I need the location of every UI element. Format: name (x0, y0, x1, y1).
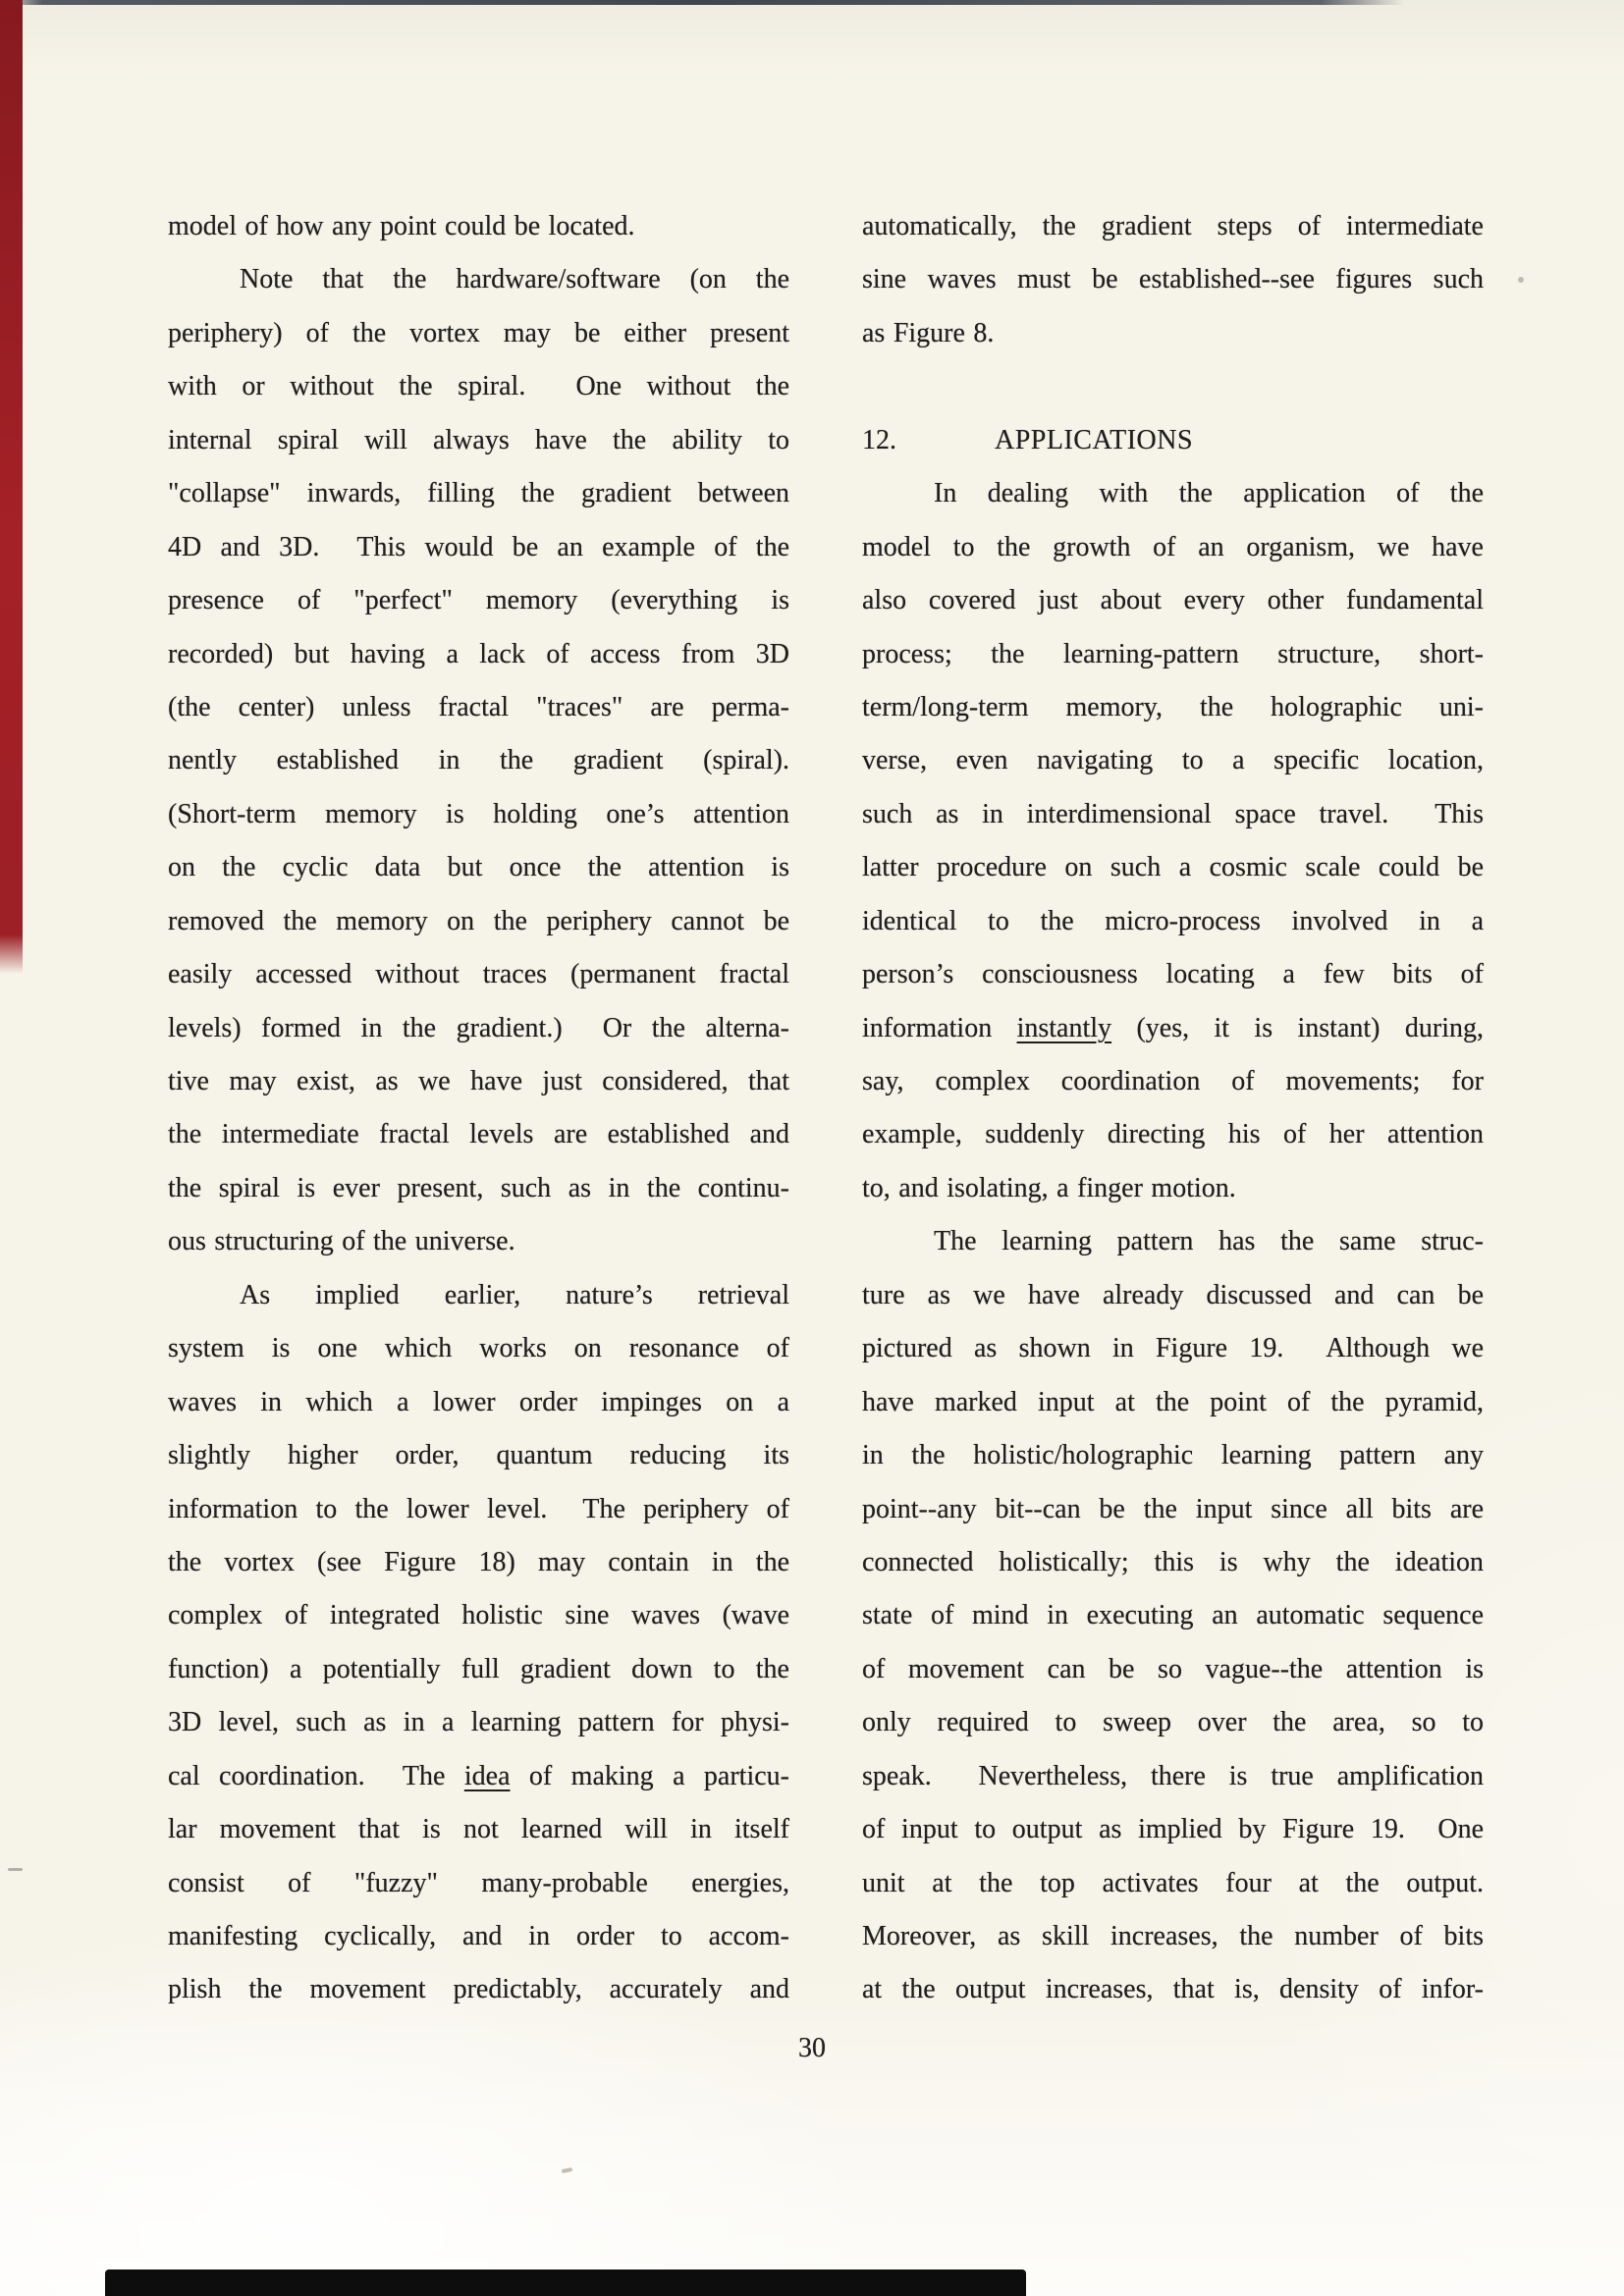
text-line: the intermediate fractal levels are esta… (168, 1108, 789, 1161)
text-line: (the center) unless fractal "traces" are… (168, 681, 789, 734)
text-line: connected holistically; this is why the … (862, 1536, 1484, 1589)
text-line: removed the memory on the periphery cann… (168, 895, 789, 948)
scan-speck (1518, 277, 1524, 283)
text-line: also covered just about every other fund… (862, 574, 1484, 627)
text-line: only required to sweep over the area, so… (862, 1696, 1484, 1749)
text-line: ous structuring of the universe. (168, 1215, 789, 1268)
text-line: "collapse" inwards, filling the gradient… (168, 467, 789, 520)
scanner-edge-top-line (0, 0, 1404, 5)
text-line: waves in which a lower order impinges on… (168, 1376, 789, 1429)
text-line: 3D level, such as in a learning pattern … (168, 1696, 789, 1749)
text-line: lar movement that is not learned will in… (168, 1803, 789, 1856)
text-line: on the cyclic data but once the attentio… (168, 841, 789, 894)
text-line: easily accessed without traces (permanen… (168, 948, 789, 1001)
text-line: function) a potentially full gradient do… (168, 1643, 789, 1696)
text-line: the vortex (see Figure 18) may contain i… (168, 1536, 789, 1589)
section-number: 12. (862, 414, 896, 467)
text-line: slightly higher order, quantum reducing … (168, 1429, 789, 1482)
scan-speck (8, 1868, 23, 1871)
text-line: levels) formed in the gradient.) Or the … (168, 1002, 789, 1055)
right-column: automatically, the gradient steps of int… (862, 200, 1484, 2017)
text-line: internal spiral will always have the abi… (168, 414, 789, 467)
text-line: presence of "perfect" memory (everything… (168, 574, 789, 627)
left-column: model of how any point could be located.… (168, 200, 789, 2017)
text-line: tive may exist, as we have just consider… (168, 1055, 789, 1108)
text-line: in the holistic/holographic learning pat… (862, 1429, 1484, 1482)
page-number: 30 (0, 2022, 1624, 2075)
text-line: say, complex coordination of movements; … (862, 1055, 1484, 1108)
scan-speck (562, 2167, 573, 2173)
text-line: consist of "fuzzy" many-probable energie… (168, 1857, 789, 1910)
blank-line (862, 360, 1484, 413)
text-line: sine waves must be established--see figu… (862, 253, 1484, 306)
section-heading: 12.APPLICATIONS (862, 414, 1484, 467)
text-line: ture as we have already discussed and ca… (862, 1269, 1484, 1322)
text-line: nently established in the gradient (spir… (168, 734, 789, 787)
text-line: Note that the hardware/software (on the (168, 253, 789, 306)
text-line: as Figure 8. (862, 307, 1484, 360)
text-line: latter procedure on such a cosmic scale … (862, 841, 1484, 894)
text-line: automatically, the gradient steps of int… (862, 200, 1484, 253)
text-line: model of how any point could be located. (168, 200, 789, 253)
underlined-word: instantly (1017, 1013, 1111, 1043)
scanned-page: model of how any point could be located.… (0, 0, 1624, 2296)
text-line: with or without the spiral. One without … (168, 360, 789, 413)
text-line: of input to output as implied by Figure … (862, 1803, 1484, 1856)
text-line: have marked input at the point of the py… (862, 1376, 1484, 1429)
text-line: system is one which works on resonance o… (168, 1322, 789, 1375)
text-line: term/long-term memory, the holographic u… (862, 681, 1484, 734)
text-line: speak. Nevertheless, there is true ampli… (862, 1750, 1484, 1803)
scanner-edge-left-red-bar (0, 0, 23, 974)
text-line: model to the growth of an organism, we h… (862, 521, 1484, 574)
text-line: verse, even navigating to a specific loc… (862, 734, 1484, 787)
scanner-edge-bottom-black-bar (105, 2269, 1026, 2296)
text-line: such as in interdimensional space travel… (862, 788, 1484, 841)
text-line: complex of integrated holistic sine wave… (168, 1589, 789, 1642)
text-line: manifesting cyclically, and in order to … (168, 1910, 789, 1963)
text-line: the spiral is ever present, such as in t… (168, 1162, 789, 1215)
text-line: information to the lower level. The peri… (168, 1483, 789, 1536)
text-line: Moreover, as skill increases, the number… (862, 1910, 1484, 1963)
text-line: identical to the micro-process involved … (862, 895, 1484, 948)
text-line: information instantly (yes, it is instan… (862, 1002, 1484, 1055)
text-line: state of mind in executing an automatic … (862, 1589, 1484, 1642)
text-line: point--any bit--can be the input since a… (862, 1483, 1484, 1536)
text-line: at the output increases, that is, densit… (862, 1963, 1484, 2016)
underlined-word: idea (464, 1761, 511, 1791)
text-line: to, and isolating, a finger motion. (862, 1162, 1484, 1215)
text-line: In dealing with the application of the (862, 467, 1484, 520)
text-line: process; the learning-pattern structure,… (862, 628, 1484, 681)
text-line: pictured as shown in Figure 19. Although… (862, 1322, 1484, 1375)
text-line: recorded) but having a lack of access fr… (168, 628, 789, 681)
text-line: (Short-term memory is holding one’s atte… (168, 788, 789, 841)
text-line: plish the movement predictably, accurate… (168, 1963, 789, 2016)
text-line: The learning pattern has the same struc- (862, 1215, 1484, 1268)
text-line: periphery) of the vortex may be either p… (168, 307, 789, 360)
text-line: unit at the top activates four at the ou… (862, 1857, 1484, 1910)
text-line: cal coordination. The idea of making a p… (168, 1750, 789, 1803)
text-line: As implied earlier, nature’s retrieval (168, 1269, 789, 1322)
text-line: of movement can be so vague--the attenti… (862, 1643, 1484, 1696)
text-line: 4D and 3D. This would be an example of t… (168, 521, 789, 574)
text-line: example, suddenly directing his of her a… (862, 1108, 1484, 1161)
text-line: person’s consciousness locating a few bi… (862, 948, 1484, 1001)
section-title: APPLICATIONS (995, 414, 1193, 467)
